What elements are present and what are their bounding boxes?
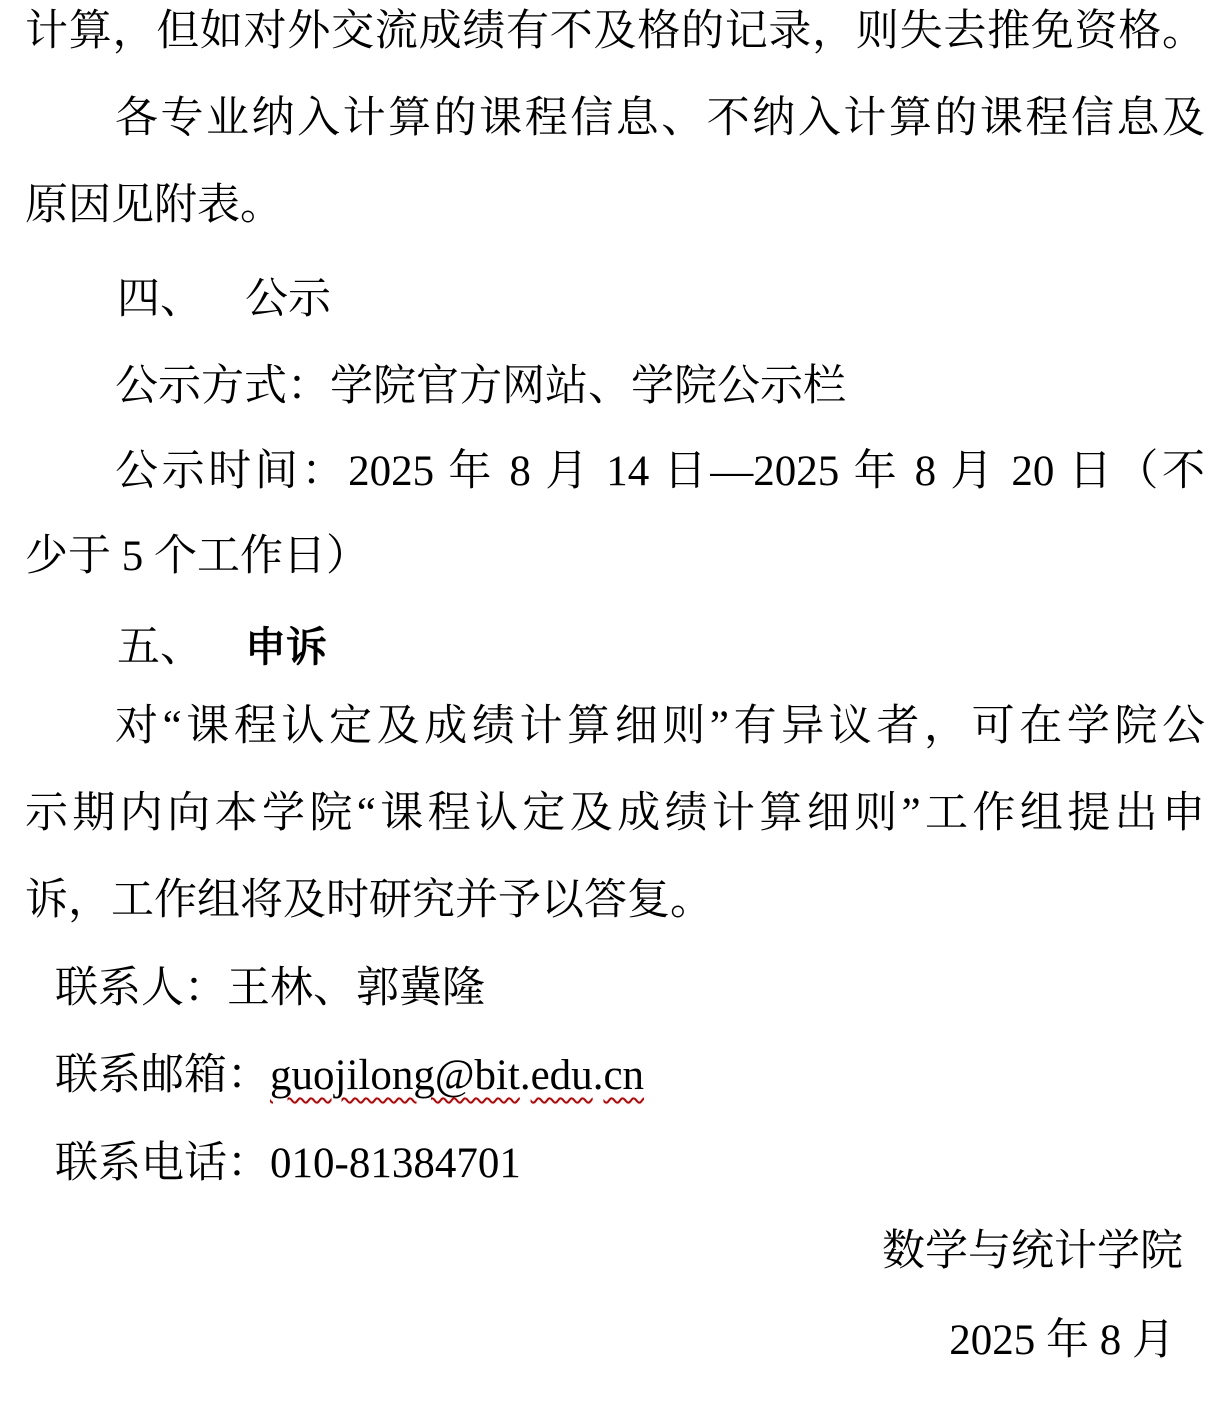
contact-email-label: 联系邮箱： (55, 1052, 270, 1099)
email-segment-cn: cn (603, 1052, 644, 1099)
document-page: 计算，但如对外交流成绩有不及格的记录，则失去推免资格。 各专业纳入计算的课程信息… (0, 0, 1230, 1414)
body-line-appeal-3: 诉，工作组将及时研究并予以答复。 (25, 875, 713, 927)
contact-email-line: 联系邮箱：guojilong@bit.edu.cn (55, 1050, 644, 1102)
body-line-publicity-method: 公示方式：学院官方网站、学院公示栏 (115, 361, 846, 413)
body-line-publicity-period-continuation: 少于 5 个工作日） (25, 531, 369, 583)
section-title-publicity: 公示 (245, 276, 331, 323)
body-line-appeal-1: 对“课程认定及成绩计算细则”有异议者，可在学院公 (115, 701, 1205, 753)
signature-date: 2025 年 8 月 (0, 1315, 1175, 1367)
body-line-course-info: 各专业纳入计算的课程信息、不纳入计算的课程信息及 (115, 93, 1205, 145)
email-address: guojilong@bit.edu.cn (270, 1052, 644, 1099)
section-heading-publicity: 四、公示 (117, 274, 331, 326)
email-segment-dot-2: . (593, 1052, 604, 1099)
signature-institution: 数学与统计学院 (0, 1226, 1183, 1278)
section-heading-appeal: 五、申诉 (117, 621, 327, 674)
body-line-disqualification: 计算，但如对外交流成绩有不及格的记录，则失去推免资格。 (25, 6, 1205, 58)
email-segment-dot-1: . (520, 1052, 531, 1099)
section-number-publicity: 四、 (117, 276, 203, 323)
body-line-see-appendix: 原因见附表。 (25, 180, 283, 232)
section-number-appeal: 五、 (117, 624, 203, 671)
body-line-publicity-period: 公示时间：2025 年 8 月 14 日—2025 年 8 月 20 日（不 (115, 446, 1205, 498)
body-line-appeal-2: 示期内向本学院“课程认定及成绩计算细则”工作组提出申 (25, 788, 1205, 840)
email-segment-user-domain: guojilong@bit (270, 1052, 520, 1099)
contact-person-line: 联系人：王林、郭冀隆 (55, 963, 485, 1015)
contact-phone-line: 联系电话：010-81384701 (55, 1138, 521, 1190)
email-segment-edu: edu (531, 1052, 593, 1099)
section-title-appeal: 申诉 (245, 624, 327, 670)
